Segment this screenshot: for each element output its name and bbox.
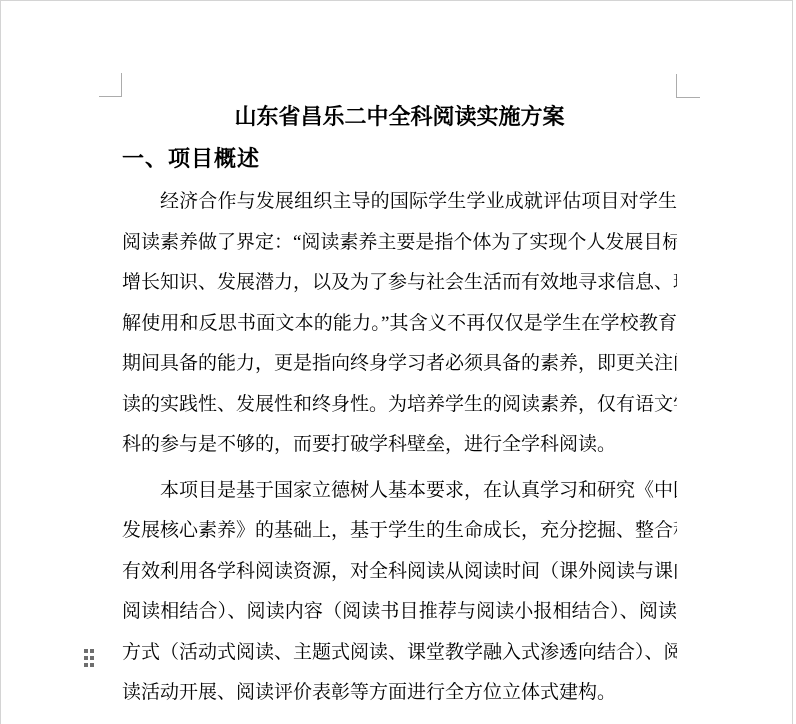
document-page: 山东省昌乐二中全科阅读实施方案 一、项目概述 经济合作与发展组织主导的国际学生学… [0, 0, 793, 724]
paragraph-line: 期间具备的能力，更是指向终身学习者必须具备的素养，即更关注阅 [122, 344, 677, 385]
drag-handle-dot [84, 663, 88, 667]
paragraph-line: 解使用和反思书面文本的能力。”其含义不再仅仅是学生在学校教育 [122, 304, 677, 345]
paragraph-line: 本项目是基于国家立德树人基本要求，在认真学习和研究《中国 [122, 471, 677, 512]
paragraph: 本项目是基于国家立德树人基本要求，在认真学习和研究《中国发展核心素养》的基础上，… [122, 471, 677, 714]
drag-handle-dot [84, 656, 88, 660]
paragraph-line: 方式（活动式阅读、主题式阅读、课堂教学融入式渗透向结合）、阅 [122, 633, 677, 674]
section-heading: 一、项目概述 [122, 139, 677, 179]
document-title: 山东省昌乐二中全科阅读实施方案 [122, 97, 677, 139]
paragraph-line: 读的实践性、发展性和终身性。为培养学生的阅读素养，仅有语文学 [122, 385, 677, 426]
document-content[interactable]: 山东省昌乐二中全科阅读实施方案 一、项目概述 经济合作与发展组织主导的国际学生学… [122, 97, 677, 714]
paragraph-line: 读活动开展、阅读评价表彰等方面进行全方位立体式建构。 [122, 673, 677, 714]
paragraph-line: 阅读素养做了界定：“阅读素养主要是指个体为了实现个人发展目标， [122, 223, 677, 264]
paragraph-line: 阅读相结合）、阅读内容（阅读书目推荐与阅读小报相结合）、阅读 [122, 592, 677, 633]
paragraph-line: 科的参与是不够的，而要打破学科壁垒，进行全学科阅读。 [122, 425, 677, 466]
drag-handle-dot [90, 656, 94, 660]
drag-handle-dot [90, 649, 94, 653]
paragraph-line: 有效利用各学科阅读资源，对全科阅读从阅读时间（课外阅读与课内 [122, 552, 677, 593]
drag-handle-dot [84, 649, 88, 653]
drag-handle-icon[interactable] [84, 649, 94, 667]
drag-handle-dot [90, 663, 94, 667]
margin-crop-mark-top-left [99, 73, 122, 97]
paragraph-line: 发展核心素养》的基础上，基于学生的生命成长，充分挖掘、整合和 [122, 511, 677, 552]
margin-crop-mark-top-right [676, 74, 700, 98]
paragraph-line: 经济合作与发展组织主导的国际学生学业成就评估项目对学生 [122, 182, 677, 223]
paragraph-line: 增长知识、发展潜力，以及为了参与社会生活而有效地寻求信息、理 [122, 263, 677, 304]
paragraph: 经济合作与发展组织主导的国际学生学业成就评估项目对学生阅读素养做了界定：“阅读素… [122, 182, 677, 466]
